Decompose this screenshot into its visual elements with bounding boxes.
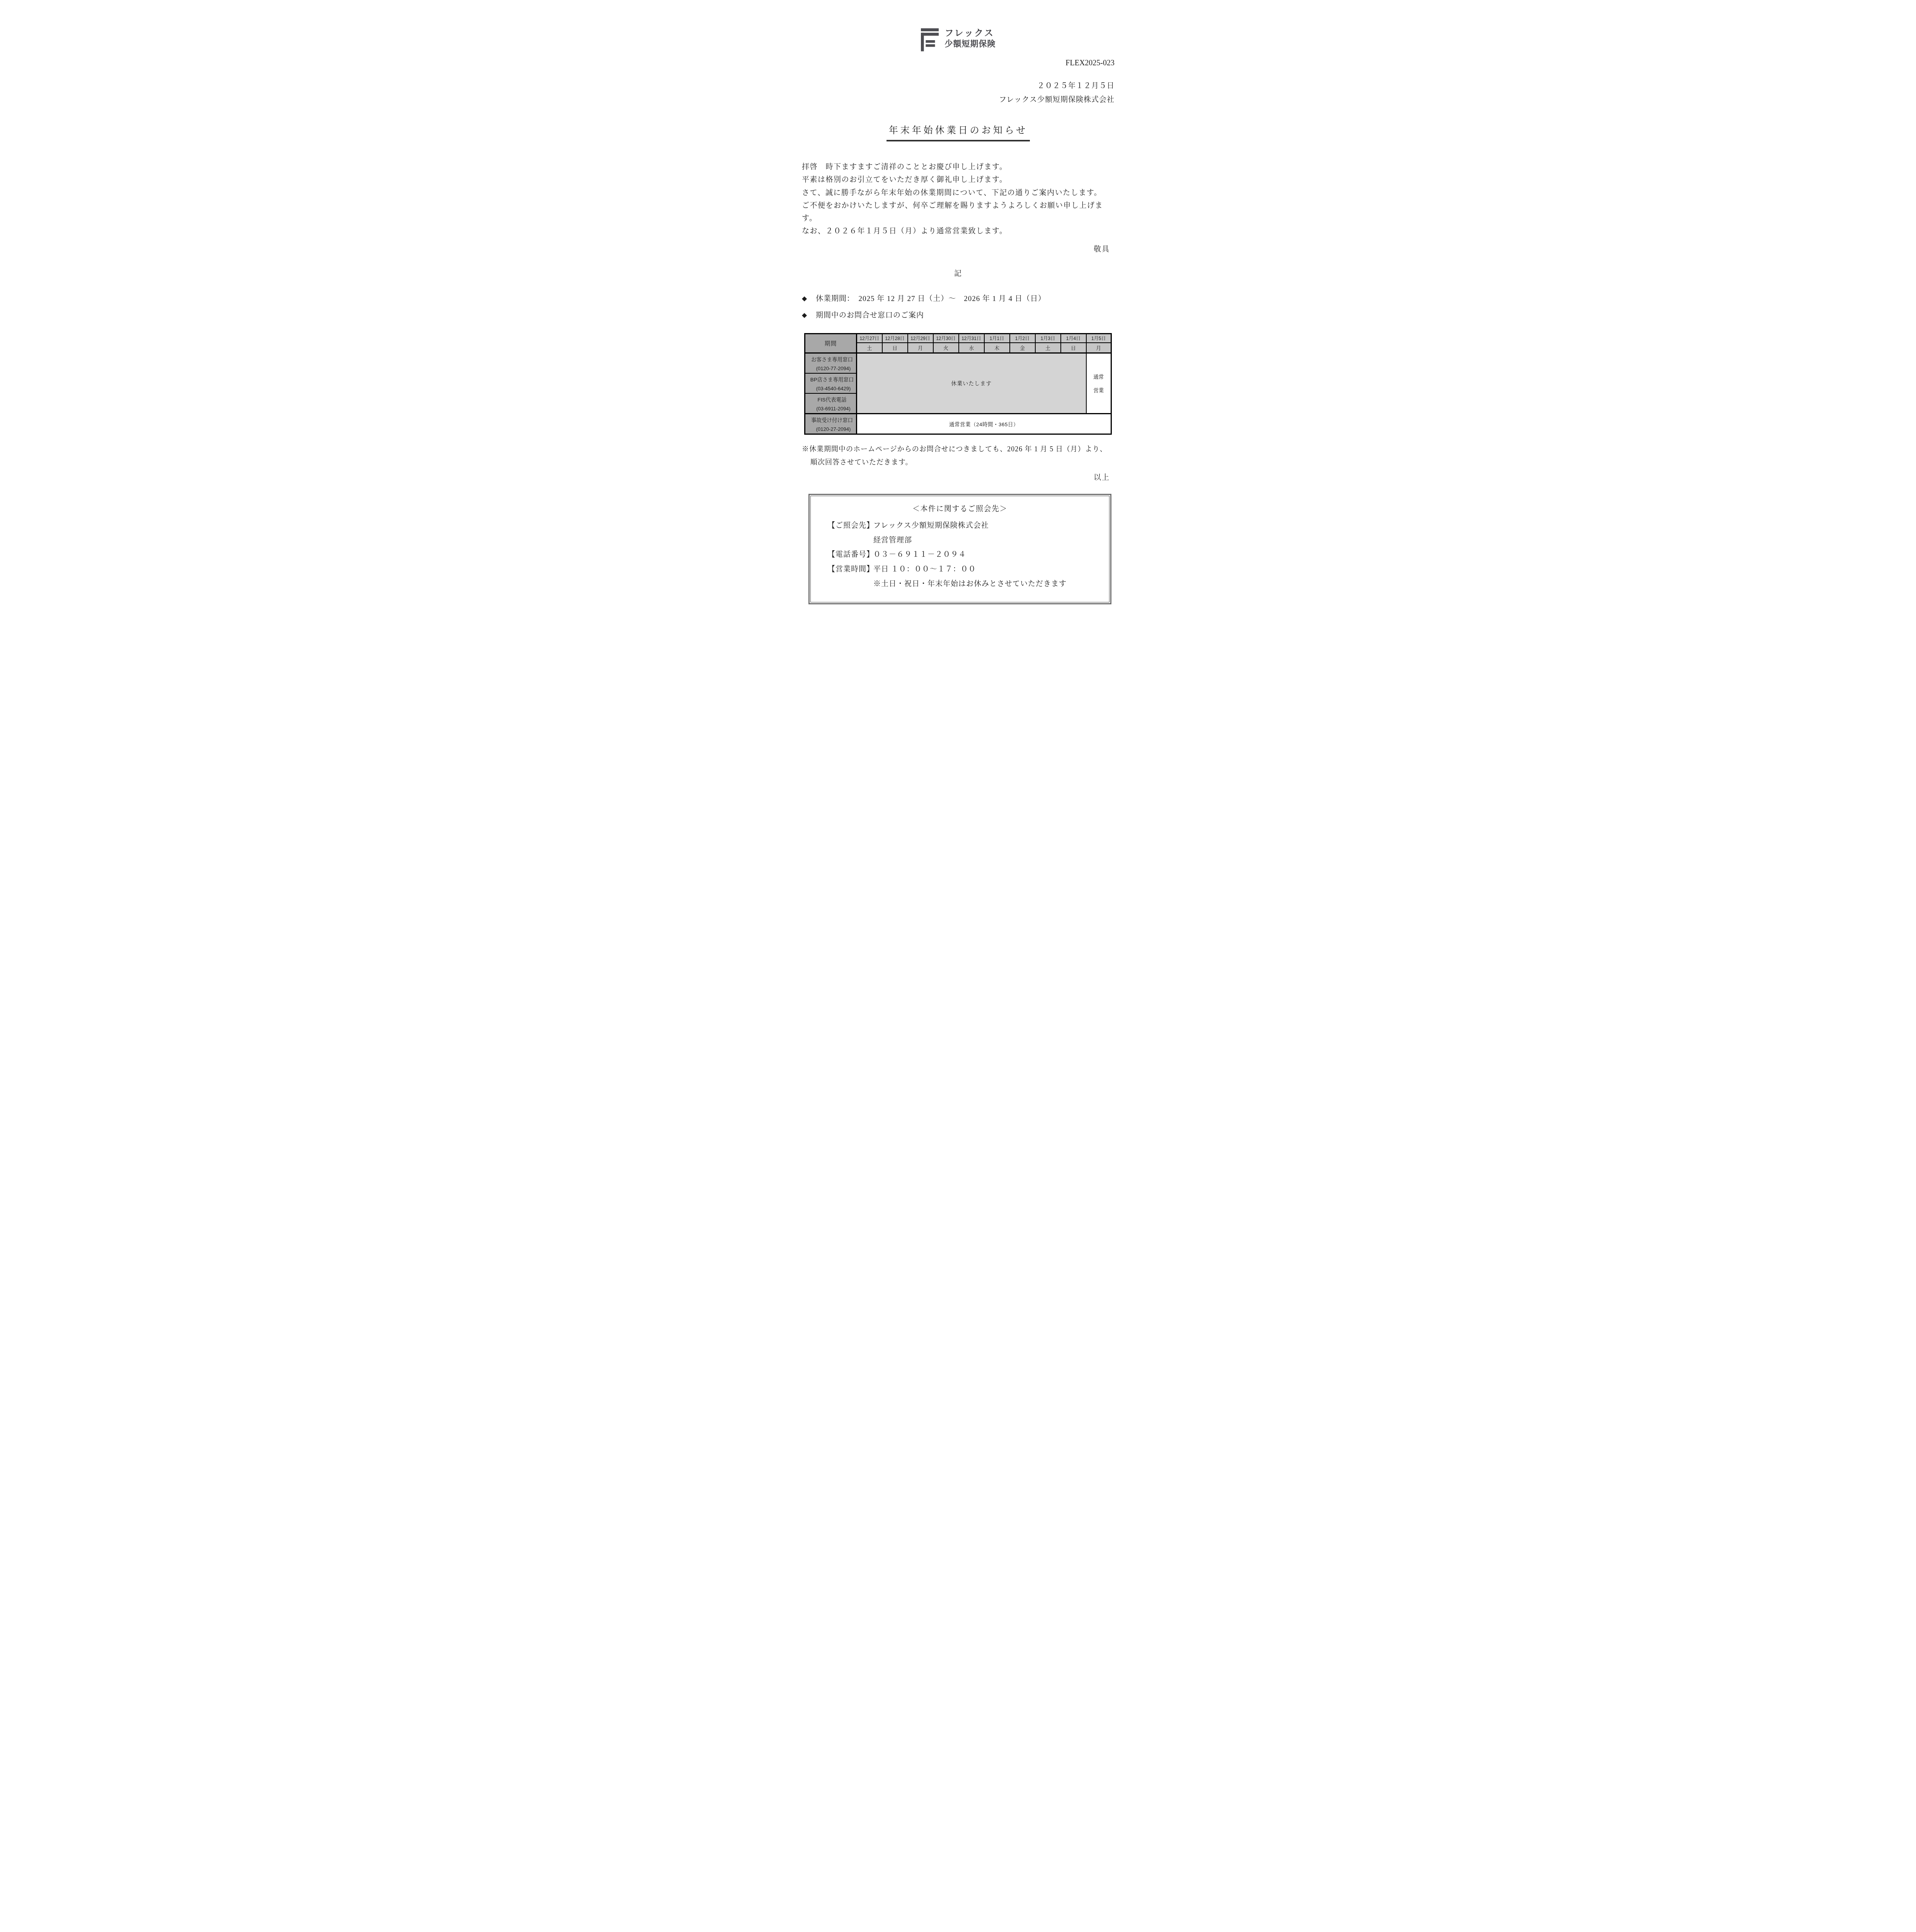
table-row-accident-desk: 事故受け付け窓口 (0120-27-2094) 通常営業（24時間・365日）: [805, 413, 1111, 434]
open-label-line: 営業: [1093, 386, 1104, 394]
footnote: ※休業期間中のホームページからのお問合せにつきましても、2026 年 1 月 5…: [802, 444, 1115, 467]
contact-phone: (0120-27-2094): [806, 426, 855, 432]
inquiry-row-phone: 【電話番号】０３－６９１１－２０９４: [828, 550, 1092, 560]
title-wrap: 年末年始休業日のお知らせ: [802, 122, 1115, 141]
row-header-bp-desk: BP店さま専用窓口 (03-4540-6429): [805, 373, 857, 393]
bullet-text: 休業期間： 2025 年 12 月 27 日（土）～ 2026 年 1 月 4 …: [816, 294, 1046, 305]
inquiry-box-inner: ＜本件に関するご照会先＞ 【ご照会先】フレックス少額短期保険株式会社 経営管理部…: [810, 496, 1109, 602]
contact-name: 事故受け付け窓口: [806, 416, 855, 423]
sender-block: ２０２５年１２月５日 フレックス少額短期保険株式会社: [802, 79, 1115, 107]
date-header-cell: 12月31日: [959, 333, 984, 343]
inquiry-value: 経営管理部: [873, 536, 912, 544]
end-mark: 以上: [802, 472, 1115, 482]
weekday-header-cell: 月: [908, 343, 933, 353]
record-mark: 記: [802, 268, 1115, 278]
sender-company: フレックス少額短期保険株式会社: [802, 93, 1115, 107]
date-header-cell: 12月28日: [882, 333, 908, 343]
date-header-cell: 1月3日: [1035, 333, 1061, 343]
contact-phone: (03-4540-6429): [806, 386, 855, 391]
weekday-header-cell: 月: [1086, 343, 1111, 353]
bullet-item-contact-guide: ◆ 期間中のお問合せ窓口のご案内: [802, 310, 1115, 321]
date-header-cell: 1月2日: [1010, 333, 1035, 343]
date-header-cell: 1月1日: [984, 333, 1010, 343]
inquiry-value: ※土日・祝日・年末年始はお休みとさせていただきます: [873, 580, 1067, 588]
closed-period-cell: 休業いたします: [857, 353, 1086, 413]
body-paragraph: さて、誠に勝手ながら年末年始の休業期間について、下記の通りご案内いたします。: [802, 187, 1115, 199]
contact-name: お客さま専用窓口: [806, 355, 855, 363]
date-header-cell: 1月4日: [1061, 333, 1086, 343]
contact-name: FIS代表電話: [806, 395, 855, 403]
body-paragraph: なお、２０２６年１月５日（月）より通常営業致します。: [802, 225, 1115, 238]
inquiry-row-hours: 【営業時間】平日 １０：００～１７：００: [828, 565, 1092, 574]
notice-document-page: フレックス 少額短期保険 FLEX2025-023 ２０２５年１２月５日 フレッ…: [745, 0, 1171, 602]
document-number: FLEX2025-023: [802, 59, 1115, 68]
weekday-header-cell: 日: [1061, 343, 1086, 353]
diamond-bullet-icon: ◆: [802, 310, 807, 320]
weekday-header-cell: 火: [933, 343, 959, 353]
date-header-cell: 12月30日: [933, 333, 959, 343]
body-paragraph: ご不便をおかけいたしますが、何卒ご理解を賜りますようよろしくお願い申し上げます。: [802, 199, 1115, 225]
row-header-fis-phone: FIS代表電話 (03-6911-2094): [805, 393, 857, 414]
logo-line-2: 少額短期保険: [945, 39, 996, 49]
diamond-bullet-icon: ◆: [802, 294, 807, 304]
inquiry-row-contact: 【ご照会先】フレックス少額短期保険株式会社: [828, 521, 1092, 531]
inquiry-value: 平日 １０：００～１７：００: [873, 565, 976, 573]
footnote-line: 順次回答させていただきます。: [802, 457, 1115, 467]
inquiry-label: 【営業時間】: [828, 565, 873, 574]
page-title: 年末年始休業日のお知らせ: [887, 122, 1030, 141]
company-logo-text: フレックス 少額短期保険: [945, 28, 996, 49]
issue-date: ２０２５年１２月５日: [802, 79, 1115, 93]
inquiry-value: ０３－６９１１－２０９４: [873, 551, 966, 559]
weekday-header-cell: 日: [882, 343, 908, 353]
weekday-header-cell: 土: [857, 343, 882, 353]
inquiry-row-department: 経営管理部: [828, 536, 1092, 545]
date-header-cell: 12月29日: [908, 333, 933, 343]
table-row-customer-desk: お客さま専用窓口 (0120-77-2094) 休業いたします 通常 営業: [805, 353, 1111, 373]
closing-word: 敬具: [802, 243, 1115, 254]
row-header-accident-desk: 事故受け付け窓口 (0120-27-2094): [805, 413, 857, 434]
inquiry-label: 【電話番号】: [828, 550, 873, 560]
bullet-item-holiday-period: ◆ 休業期間： 2025 年 12 月 27 日（土）～ 2026 年 1 月 …: [802, 294, 1115, 305]
date-header-cell: 12月27日: [857, 333, 882, 343]
logo-line-1: フレックス: [945, 28, 996, 39]
inquiry-value: フレックス少額短期保険株式会社: [873, 522, 989, 530]
company-logo: フレックス 少額短期保険: [802, 28, 1115, 52]
body-paragraph: 拝啓 時下ますますご清祥のこととお慶び申し上げます。: [802, 161, 1115, 173]
body-text: 拝啓 時下ますますご清祥のこととお慶び申し上げます。 平素は格別のお引立てをいた…: [802, 161, 1115, 238]
contact-name: BP店さま専用窓口: [806, 375, 855, 383]
bullet-text: 期間中のお問合せ窓口のご案内: [816, 310, 924, 321]
row-header-customer-desk: お客さま専用窓口 (0120-77-2094): [805, 353, 857, 373]
inquiry-label: 【ご照会先】: [828, 521, 873, 531]
bullet-list: ◆ 休業期間： 2025 年 12 月 27 日（土）～ 2026 年 1 月 …: [802, 294, 1115, 321]
open-label-line: 通常: [1093, 372, 1104, 380]
holiday-schedule-table: 期間 12月27日 12月28日 12月29日 12月30日 12月31日 1月…: [804, 333, 1112, 435]
contact-phone: (03-6911-2094): [806, 406, 855, 412]
weekday-header-cell: 金: [1010, 343, 1035, 353]
inquiry-box: ＜本件に関するご照会先＞ 【ご照会先】フレックス少額短期保険株式会社 経営管理部…: [808, 494, 1111, 604]
inquiry-row-note: ※土日・祝日・年末年始はお休みとさせていただきます: [828, 580, 1092, 589]
footnote-line: ※休業期間中のホームページからのお問合せにつきましても、2026 年 1 月 5…: [802, 444, 1115, 454]
weekday-header-cell: 木: [984, 343, 1010, 353]
body-paragraph: 平素は格別のお引立てをいただき厚く御礼申し上げます。: [802, 173, 1115, 186]
date-header-cell: 1月5日: [1086, 333, 1111, 343]
accident-open-cell: 通常営業（24時間・365日）: [857, 413, 1111, 434]
weekday-header-cell: 土: [1035, 343, 1061, 353]
table-row-dates: 期間 12月27日 12月28日 12月29日 12月30日 12月31日 1月…: [805, 333, 1111, 343]
table-corner-cell: 期間: [805, 333, 857, 353]
contact-phone: (0120-77-2094): [806, 366, 855, 371]
weekday-header-cell: 水: [959, 343, 984, 353]
jan5-open-cell: 通常 営業: [1086, 353, 1111, 413]
inquiry-box-title: ＜本件に関するご照会先＞: [828, 503, 1092, 514]
flex-logo-mark-icon: [921, 28, 939, 52]
